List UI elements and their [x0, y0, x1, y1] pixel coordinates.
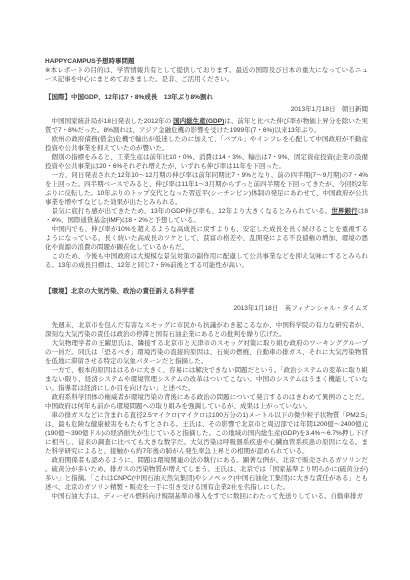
paragraph: 大気物理学者の王躍思氏は、隣接する北京市と天津市のスモッグ対策に取り組む政府のワ…: [45, 339, 368, 366]
paragraph: 車の排ガスなどに含まれる直径2.5マイクロ(マイクロは100万分の1)メートル以…: [45, 411, 368, 456]
document-title: HAPPYCAMPUS予想時事問題: [45, 57, 368, 66]
paragraph: 中国石油大手は、ディーゼル燃料向け規制基準の導入をすでに数回にわたって先送りして…: [45, 492, 368, 501]
article-body: 先週末、北京市を包んだ有害なスモッグに市民から抗議がわき起こるなか、中国科学院の…: [45, 321, 368, 501]
article-international-china-gdp: 【国際】中国GDP、12年は7・8%成長 13年ぶり8%割れ 2013年1月18…: [45, 93, 368, 270]
article-environment-beijing-smog: 【環境】北京の大気汚染、政治の責任訴える科学者 2013年1月18日 英フィナン…: [45, 287, 368, 501]
paragraph: 中国国家統計局が18日発表した2012年の 国内総生産(GDP)は、前年と比べた…: [45, 117, 368, 135]
article-dateline: 2013年1月18日 朝日新聞: [45, 105, 368, 114]
paragraph: 政府系科学団体の権威者が環境汚染の背後にある政治の問題について発言するのはきわめ…: [45, 393, 368, 411]
paragraph: 景気に底打ち感が出てきたため、13年のGDP伸び率も、12年より大きくなるとみら…: [45, 207, 368, 225]
article-body: 中国国家統計局が18日発表した2012年の 国内総生産(GDP)は、前年と比べた…: [45, 117, 368, 270]
text-run: 車の排ガスなどに含まれる直径2.5マイクロ(マイクロは100万分の1)メートル以…: [45, 412, 368, 455]
text-run: 個別の指標をみると、工業生産は前年比10・0%、消費は14・3%、輸出は7・9%…: [45, 154, 368, 170]
paragraph: 一方、同日発表された12年10〜12月期の伸び率は前年同期比7・9%となり、前の…: [45, 171, 368, 207]
paragraph: 政府関係者も認めるように、問題は環境関連の法の執行にある。顕著な例が、北京で販売…: [45, 456, 368, 492]
text-run: 欧州の政府債務(借金)危機で輸出が低迷したのに加えて、「バブル」やインフレを心配…: [45, 136, 368, 152]
paragraph: 一方で、根本的原因ははるかに大きく、容易には解決できない問題だという。「政治シス…: [45, 366, 368, 393]
paragraph: 先週末、北京市を包んだ有害なスモッグに市民から抗議がわき起こるなか、中国科学院の…: [45, 321, 368, 339]
text-run: 景気に底打ち感が出てきたため、13年のGDP伸び率も、12年より大きくなるとみら…: [45, 208, 331, 215]
text-run: 政府関係者も認めるように、問題は環境関連の法の執行にある。顕著な例が、北京で販売…: [45, 457, 368, 491]
key-term: 世界銀行: [331, 208, 357, 215]
article-headline: 【国際】中国GDP、12年は7・8%成長 13年ぶり8%割れ: [45, 93, 368, 102]
text-run: 大気物理学者の王躍思氏は、隣接する北京市と天津市のスモッグ対策に取り組む政府のワ…: [45, 340, 368, 365]
document-page: HAPPYCAMPUS予想時事問題 ※本レポートの目的は、学習情報共有として提供…: [0, 0, 410, 580]
paragraph: 中国内でも、伸び率が10%を超えるような高成長に戻すよりも、安定した成長を長く続…: [45, 225, 368, 252]
paragraph: このため、今後も中国政府は大規模な景気対策の副作用に配慮して公共事業などを抑え気…: [45, 252, 368, 270]
paragraph: 個別の指標をみると、工業生産は前年比10・0%、消費は14・3%、輸出は7・9%…: [45, 153, 368, 171]
text-run: 中国国家統計局が18日発表した2012年の: [45, 118, 173, 125]
text-run: 中国石油大手は、ディーゼル燃料向け規制基準の導入をすでに数回にわたって先送りして…: [45, 493, 363, 500]
text-run: 中国内でも、伸び率が10%を超えるような高成長に戻すよりも、安定した成長を長く続…: [45, 226, 368, 251]
article-headline: 【環境】北京の大気汚染、政治の責任訴える科学者: [45, 287, 368, 296]
text-run: 政府系科学団体の権威者が環境汚染の背後にある政治の問題について発言するのはきわめ…: [45, 394, 368, 410]
paragraph: 欧州の政府債務(借金)危機で輸出が低迷したのに加えて、「バブル」やインフレを心配…: [45, 135, 368, 153]
text-run: 一方、同日発表された12年10〜12月期の伸び率は前年同期比7・9%となり、前の…: [45, 172, 368, 206]
text-run: 一方で、根本的原因ははるかに大きく、容易には解決できない問題だという。「政治シス…: [45, 367, 368, 392]
document-intro: ※本レポートの目的は、学習情報共有として提供しております。最近の国際及び日本の重…: [45, 66, 368, 84]
article-dateline: 2013年1月18日 英フィナンシャル・タイムズ: [45, 304, 368, 313]
text-run: 先週末、北京市を包んだ有害なスモッグに市民から抗議がわき起こるなか、中国科学院の…: [45, 322, 368, 338]
text-run: このため、今後も中国政府は大規模な景気対策の副作用に配慮して公共事業などを抑え気…: [45, 253, 368, 269]
key-term: 国内総生産(GDP): [173, 118, 224, 125]
